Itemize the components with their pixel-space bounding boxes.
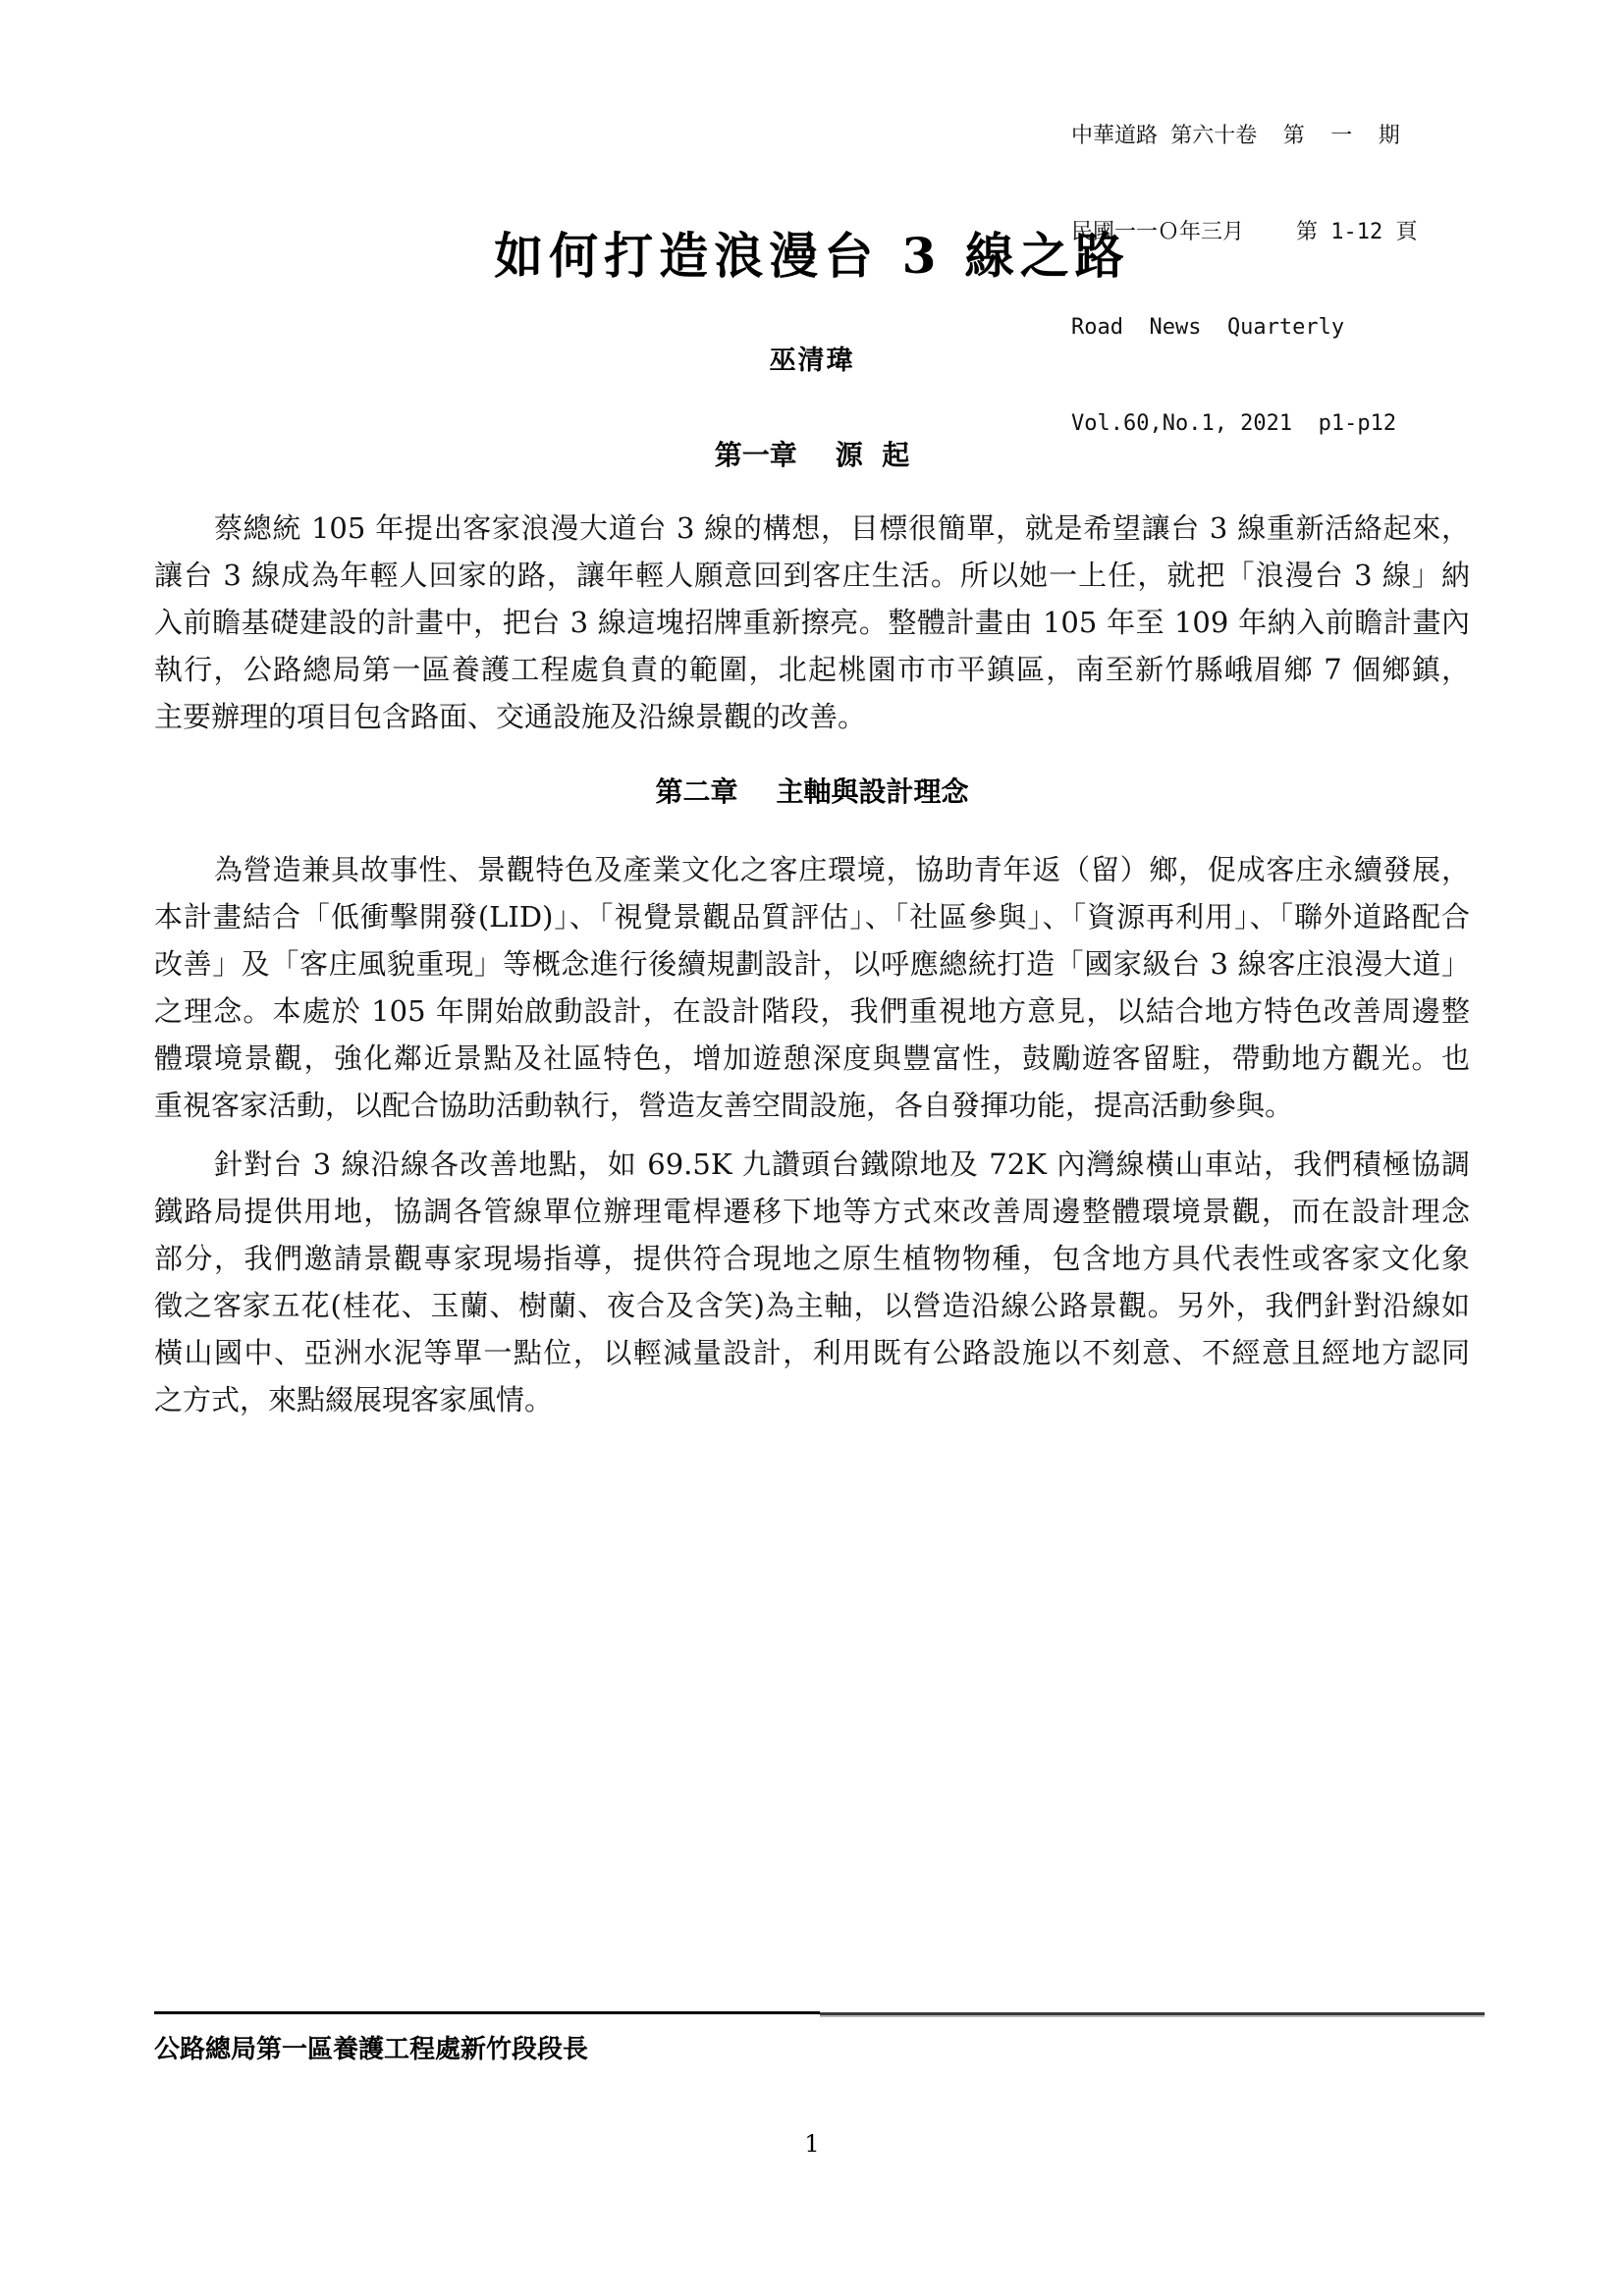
chapter-2-paragraph-2: 針對台 3 線沿線各改善地點，如 69.5K 九讚頭台鐵隙地及 72K 內灣線橫…: [154, 1141, 1470, 1423]
chapter-2-paragraph-1: 為營造兼具故事性、景觀特色及產業文化之客庄環境，協助青年返（留）鄉，促成客庄永續…: [154, 846, 1470, 1129]
text-line: 部分，我們邀請景觀專家現場指導，提供符合現地之原生植物物種，包含地方具代表性或客…: [154, 1235, 1470, 1282]
text-line: 之理念。本處於 105 年開始啟動設計，在設計階段，我們重視地方意見，以結合地方…: [154, 988, 1470, 1035]
text-line: 入前瞻基礎建設的計畫中，把台 3 線這塊招牌重新擦亮。整體計畫由 105 年至 …: [154, 599, 1470, 646]
text-line: 本計畫結合「低衝擊開發(LID)」、「視覺景觀品質評估」、「社區參與」、「資源再…: [154, 893, 1470, 940]
text-line: 之方式，來點綴展現客家風情。: [154, 1376, 1470, 1423]
footnote-divider: [154, 2011, 1485, 2017]
text-line: 重視客家活動，以配合協助活動執行，營造友善空間設施，各自發揮功能，提高活動參與。: [154, 1082, 1470, 1129]
journal-english-name: Road News Quarterly: [1071, 312, 1484, 345]
footnote-divider-right: [820, 2012, 1485, 2015]
text-line: 改善」及「客庄風貌重現」等概念進行後續規劃設計，以呼應總統打造「國家級台 3 線…: [154, 940, 1470, 988]
page-number: 1: [0, 2128, 1624, 2160]
author-affiliation-footnote: 公路總局第一區養護工程處新竹段段長: [154, 2032, 588, 2067]
chapter-2-heading: 第二章 主軸與設計理念: [0, 773, 1624, 812]
text-line: 蔡總統 105 年提出客家浪漫大道台 3 線的構想，目標很簡單，就是希望讓台 3…: [154, 505, 1470, 552]
text-line: 執行，公路總局第一區養護工程處負責的範圍，北起桃園市市平鎮區，南至新竹縣峨眉鄉 …: [154, 646, 1470, 693]
text-line: 讓台 3 線成為年輕人回家的路，讓年輕人願意回到客庄生活。所以她一上任，就把「浪…: [154, 552, 1470, 599]
chapter-1-paragraph-1: 蔡總統 105 年提出客家浪漫大道台 3 線的構想，目標很簡單，就是希望讓台 3…: [154, 505, 1470, 740]
article-title: 如何打造浪漫台 3 線之路: [0, 224, 1624, 289]
text-line: 為營造兼具故事性、景觀特色及產業文化之客庄環境，協助青年返（留）鄉，促成客庄永續…: [154, 846, 1470, 893]
text-line: 主要辦理的項目包含路面、交通設施及沿線景觀的改善。: [154, 693, 1470, 740]
text-line: 針對台 3 線沿線各改善地點，如 69.5K 九讚頭台鐵隙地及 72K 內灣線橫…: [154, 1141, 1470, 1188]
text-line: 體環境景觀，強化鄰近景點及社區特色，增加遊憩深度與豐富性，鼓勵遊客留駐，帶動地方…: [154, 1035, 1470, 1082]
text-line: 徵之客家五花(桂花、玉蘭、樹蘭、夜合及含笑)為主軸，以營造沿線公路景觀。另外，我…: [154, 1282, 1470, 1329]
footnote-divider-left: [154, 2011, 820, 2014]
journal-volume-issue: 中華道路 第六十卷 第 一 期: [1071, 121, 1484, 153]
chapter-1-heading: 第一章 源 起: [0, 436, 1624, 475]
text-line: 鐵路局提供用地，協調各管線單位辦理電桿遷移下地等方式來改善周邊整體環境景觀，而在…: [154, 1188, 1470, 1235]
article-author: 巫清瑋: [0, 344, 1624, 379]
text-line: 橫山國中、亞洲水泥等單一點位，以輕減量設計，利用既有公路設施以不刻意、不經意且經…: [154, 1329, 1470, 1376]
